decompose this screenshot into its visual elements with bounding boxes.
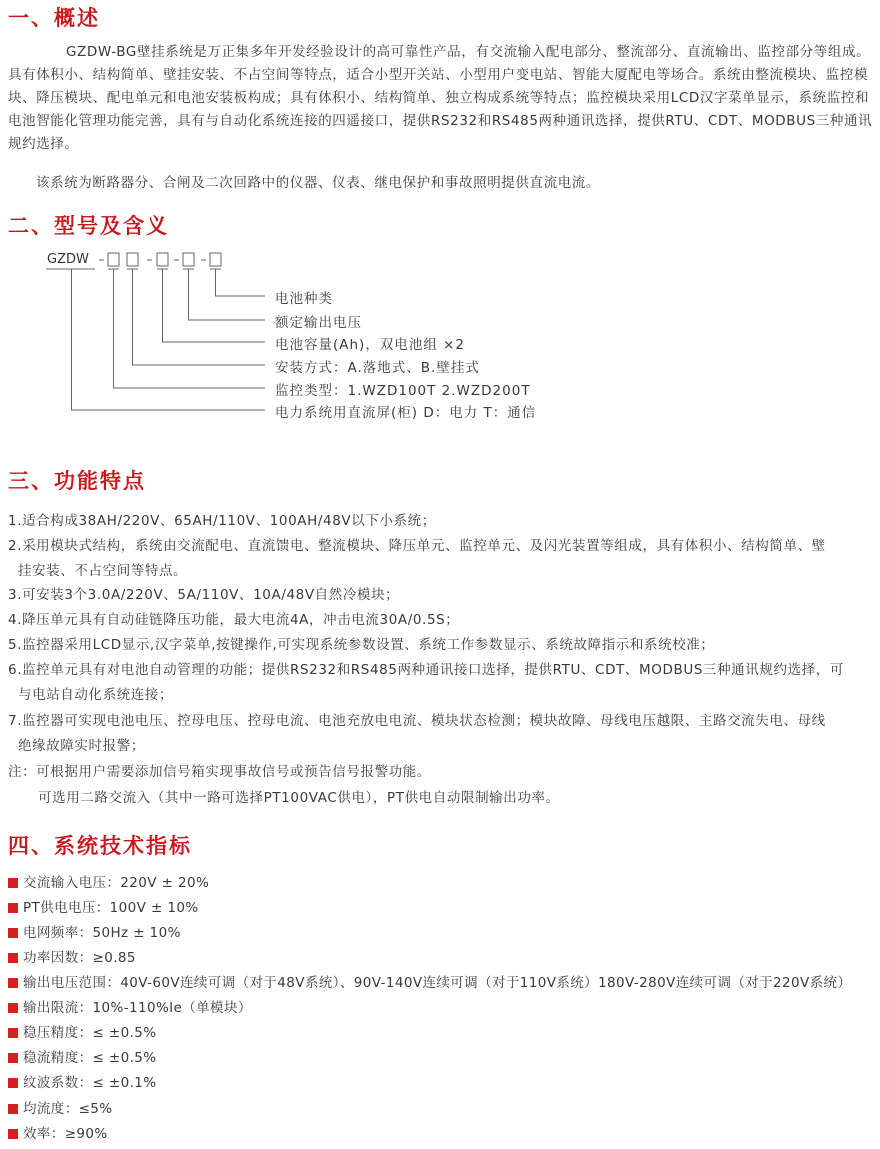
feature-line: 6.监控单元具有对电池自动管理的功能；提供RS232和RS485两种通讯接口选择…: [8, 658, 844, 678]
spec-item: 稳流精度：≤ ±0.5%: [8, 1046, 157, 1066]
spec-item: 均流度：≤5%: [8, 1097, 113, 1117]
bullet-square-icon: [8, 1129, 18, 1139]
bullet-square-icon: [8, 1104, 18, 1114]
spec-item: 效率：≥90%: [8, 1122, 108, 1142]
feature-line: 与电站自动化系统连接；: [18, 683, 173, 703]
spec-item: 纹波系数：≤ ±0.1%: [8, 1071, 157, 1091]
feature-line: 挂安装、不占空间等特点。: [18, 559, 187, 579]
model-label-install-mode: 安装方式：A.落地式、B.壁挂式: [275, 356, 480, 376]
model-label-rated-voltage: 额定输出电压: [275, 311, 362, 331]
section-title-specs: 四、系统技术指标: [8, 830, 192, 860]
bullet-square-icon: [8, 903, 18, 913]
feature-line: 2.采用模块式结构，系统由交流配电、直流馈电、整流模块、降压单元、监控单元、及闪…: [8, 534, 826, 554]
feature-line: 3.可安装3个3.0A/220V、5A/110V、10A/48V自然冷模块；: [8, 583, 399, 603]
section-title-model: 二、型号及含义: [8, 210, 169, 240]
feature-note: 可选用二路交流入（其中一路可选择PT100VAC供电），PT供电自动限制输出功率…: [38, 786, 560, 806]
feature-line: 1.适合构成38AH/220V、65AH/110V、100AH/48V以下小系统…: [8, 509, 436, 529]
spec-item: 功率因数：≥0.85: [8, 946, 136, 966]
overview-paragraph-2: 该系统为断路器分、合闸及二次回路中的仪器、仪表、继电保护和事故照明提供直流电流。: [8, 172, 874, 195]
model-label-monitor-type: 监控类型：1.WZD100T 2.WZD200T: [275, 379, 531, 399]
section-title-overview: 一、概述: [8, 2, 100, 32]
bullet-square-icon: [8, 1078, 18, 1088]
model-code-diagram: GZDW 电池种类 额定输出电压 电池容量(Ah)，双电池组 ×2 安装方式：A…: [0, 240, 600, 430]
bullet-square-icon: [8, 1003, 18, 1013]
feature-line: 5.监控器采用LCD显示,汉字菜单,按键操作,可实现系统参数设置、系统工作参数显…: [8, 633, 715, 653]
feature-line: 4.降压单元具有自动硅链降压功能，最大电流4A，冲击电流30A/0.5S；: [8, 608, 459, 628]
model-label-system-type: 电力系统用直流屏(柜) D：电力 T：通信: [275, 401, 536, 421]
model-label-battery-type: 电池种类: [275, 287, 333, 307]
spec-item: PT供电电压：100V ± 10%: [8, 896, 199, 916]
bullet-square-icon: [8, 1053, 18, 1063]
model-prefix: GZDW: [47, 252, 89, 267]
bullet-square-icon: [8, 878, 18, 888]
spec-item: 电网频率：50Hz ± 10%: [8, 921, 181, 941]
bullet-square-icon: [8, 928, 18, 938]
spec-item: 输出电压范围：40V-60V连续可调（对于48V系统）、90V-140V连续可调…: [8, 971, 851, 991]
spec-item: 输出限流：10%-110%Ie（单模块）: [8, 996, 252, 1016]
bullet-square-icon: [8, 1028, 18, 1038]
overview-paragraph-1: GZDW-BG壁挂系统是万正集多年开发经验设计的高可靠性产品，有交流输入配电部分…: [8, 41, 874, 156]
feature-note: 注：可根据用户需要添加信号箱实现事故信号或预告信号报警功能。: [8, 760, 431, 780]
section-title-features: 三、功能特点: [8, 465, 146, 495]
bullet-square-icon: [8, 978, 18, 988]
model-label-battery-capacity: 电池容量(Ah)，双电池组 ×2: [275, 333, 465, 353]
spec-item: 交流输入电压：220V ± 20%: [8, 871, 209, 891]
feature-line: 7.监控器可实现电池电压、控母电压、控母电流、电池充放电电流、模块状态检测；模块…: [8, 709, 826, 729]
spec-item: 稳压精度：≤ ±0.5%: [8, 1021, 157, 1041]
bullet-square-icon: [8, 953, 18, 963]
feature-line: 绝缘故障实时报警；: [18, 734, 145, 754]
